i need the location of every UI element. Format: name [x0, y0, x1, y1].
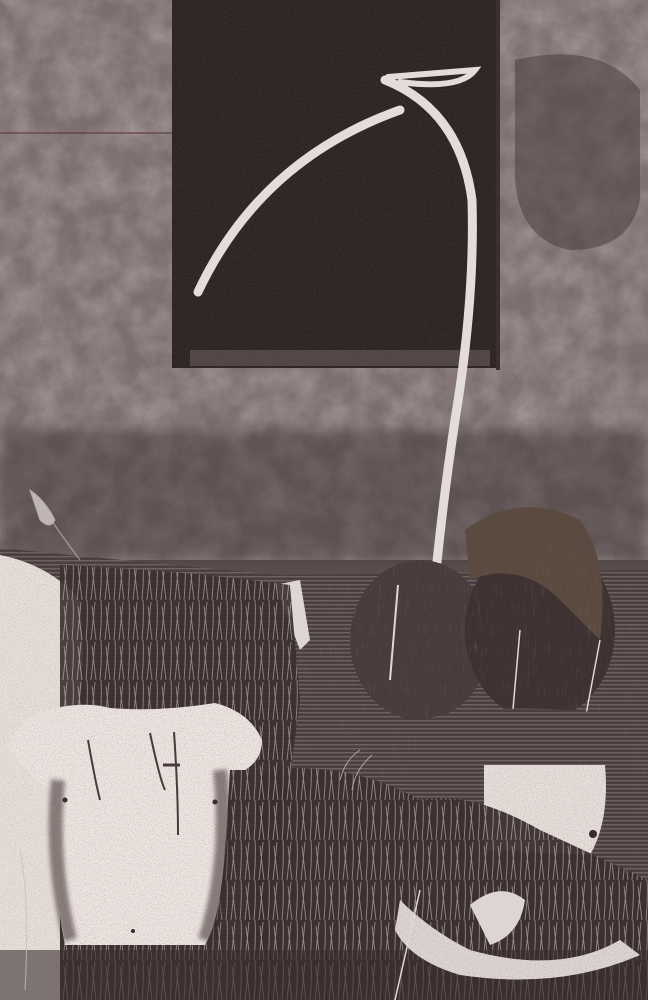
etching-artwork: [0, 0, 648, 1000]
etching-composition: [0, 0, 648, 1000]
dark-window-panel: [172, 0, 496, 368]
